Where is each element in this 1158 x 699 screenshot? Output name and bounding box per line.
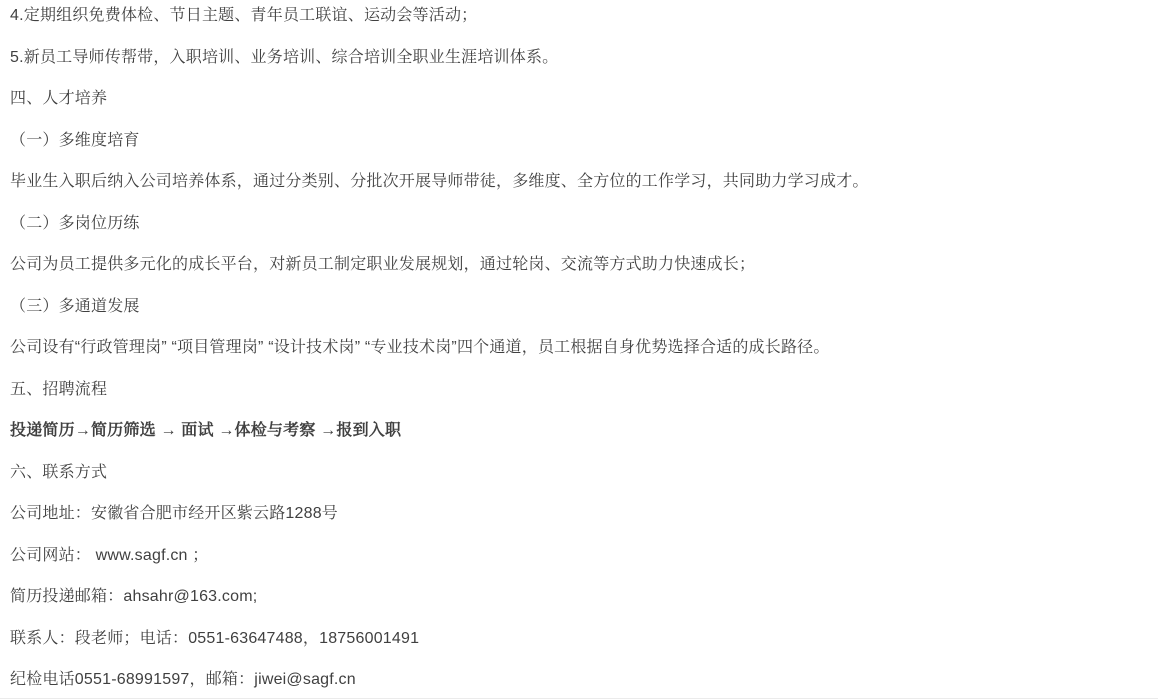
paragraph-multi-channel-detail: 公司设有“行政管理岗” “项目管理岗” “设计技术岗” “专业技术岗”四个通道，…	[10, 340, 1146, 357]
benefits-item-4: 4.定期组织免费体检、节日主题、青年员工联谊、运动会等活动；	[10, 8, 1146, 25]
recruitment-process-flow: 投递简历→简历筛选 → 面试 →体检与考察 →报到入职	[10, 423, 1146, 440]
section-heading-contact: 六、联系方式	[10, 465, 1146, 482]
contact-resume-email: 简历投递邮箱：ahsahr@163.com;	[10, 589, 1146, 606]
paragraph-multi-position-detail: 公司为员工提供多元化的成长平台，对新员工制定职业发展规划，通过轮岗、交流等方式助…	[10, 257, 1146, 274]
contact-address: 公司地址：安徽省合肥市经开区紫云路1288号	[10, 506, 1146, 523]
paragraph-multi-dimension-detail: 毕业生入职后纳入公司培养体系，通过分类别、分批次开展导师带徒，多维度、全方位的工…	[10, 174, 1146, 191]
benefits-item-5: 5.新员工导师传帮带，入职培训、业务培训、综合培训全职业生涯培训体系。	[10, 50, 1146, 67]
subsection-heading-multi-position: （二）多岗位历练	[10, 216, 1146, 233]
document-body: 4.定期组织免费体检、节日主题、青年员工联谊、运动会等活动； 5.新员工导师传帮…	[0, 0, 1158, 699]
contact-discipline-phone-email: 纪检电话0551-68991597，邮箱：jiwei@sagf.cn	[10, 672, 1146, 689]
contact-person-phone: 联系人：段老师；电话：0551-63647488，18756001491	[10, 631, 1146, 648]
section-heading-talent-development: 四、人才培养	[10, 91, 1146, 108]
section-heading-recruitment-process: 五、招聘流程	[10, 382, 1146, 399]
contact-website: 公司网站： www.sagf.cn ；	[10, 548, 1146, 565]
subsection-heading-multi-dimension: （一）多维度培育	[10, 133, 1146, 150]
subsection-heading-multi-channel: （三）多通道发展	[10, 299, 1146, 316]
